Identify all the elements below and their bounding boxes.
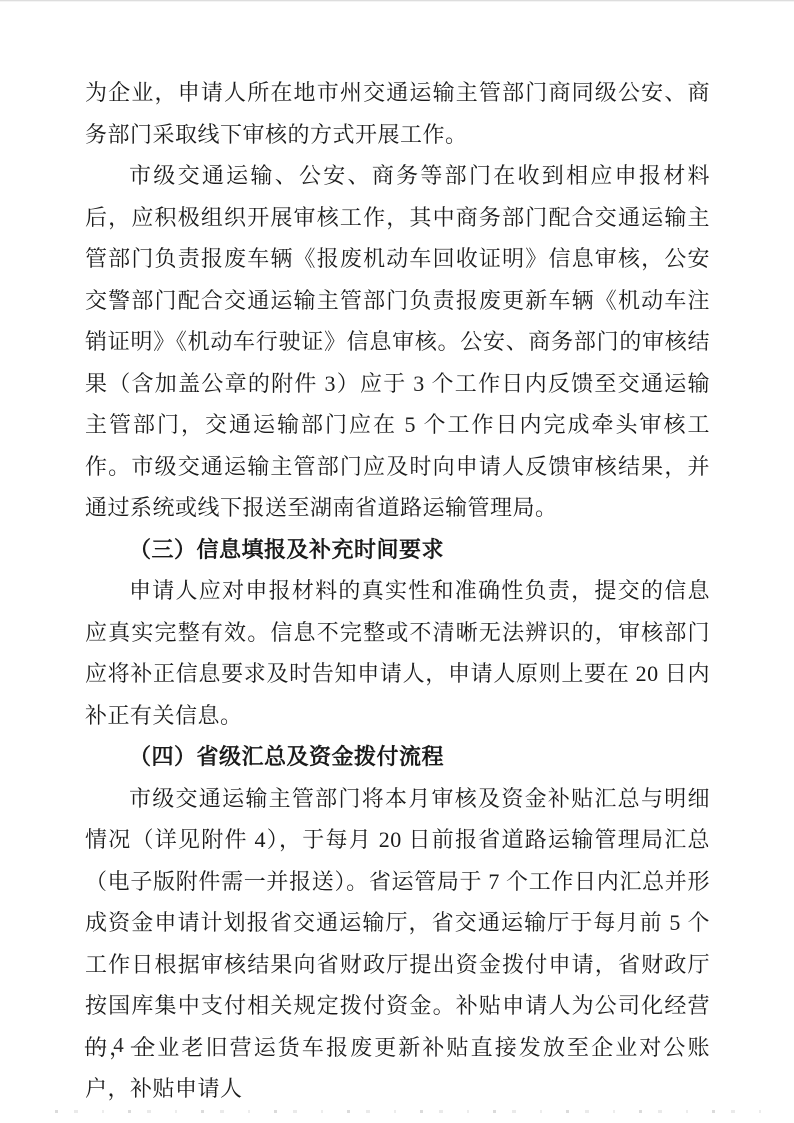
section-heading-4: （四）省级汇总及资金拨付流程 xyxy=(85,736,710,778)
document-body: 为企业，申请人所在地市州交通运输主管部门商同级公安、商务部门采取线下审核的方式开… xyxy=(85,72,710,1110)
page-number: — 4 — xyxy=(85,1033,153,1058)
scan-edge-artifact xyxy=(0,0,794,2)
paragraph-info-supplement: 申请人应对申报材料的真实性和准确性负责，提交的信息应真实完整有效。信息不完整或不… xyxy=(85,570,710,736)
paragraph-continued-from-previous-page: 为企业，申请人所在地市州交通运输主管部门商同级公安、商务部门采取线下审核的方式开… xyxy=(85,72,710,155)
paragraph-city-level-review: 市级交通运输、公安、商务等部门在收到相应申报材料后，应积极组织开展审核工作，其中… xyxy=(85,155,710,529)
paragraph-provincial-summary: 市级交通运输主管部门将本月审核及资金补贴汇总与明细情况（详见附件 4），于每月 … xyxy=(85,778,710,1110)
scanned-document-page: 为企业，申请人所在地市州交通运输主管部门商同级公安、商务部门采取线下审核的方式开… xyxy=(0,0,794,1123)
section-heading-3: （三）信息填报及补充时间要求 xyxy=(85,529,710,571)
scan-noise-artifact xyxy=(55,1110,766,1113)
